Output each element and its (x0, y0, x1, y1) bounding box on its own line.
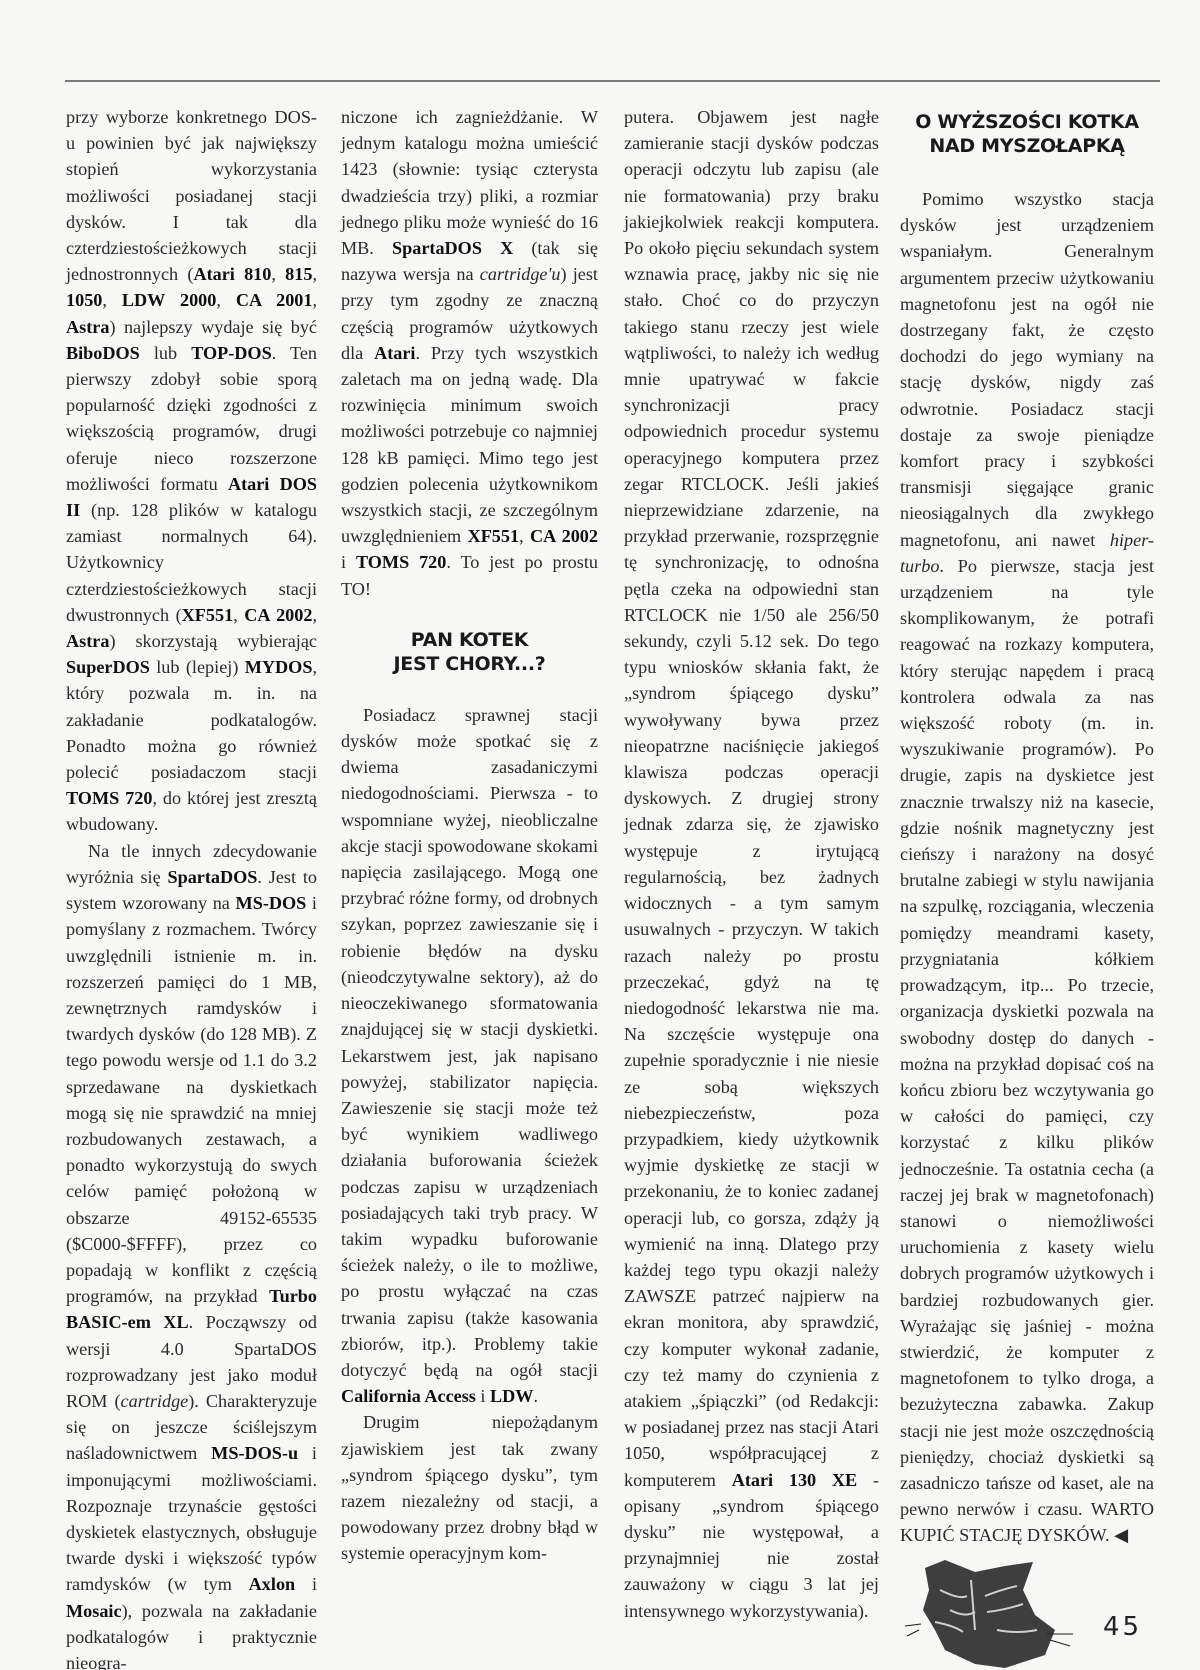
section-heading-o-wyzszosci-kotka: O WYŻSZOŚCI KOTKA NAD MYSZOŁAPKĄ (900, 110, 1154, 158)
end-of-article-triangle-icon: ◀ (1114, 1525, 1128, 1545)
article-column-2: niczone ich zagnieżdżanie. W jednym kata… (341, 104, 598, 1567)
paragraph: Pomimo wszystko stacja dysków jest urząd… (900, 186, 1154, 1549)
article-column-1: przy wyborze konkretnego DOS-u powinien … (66, 104, 317, 1670)
top-rule (65, 80, 1160, 82)
paragraph: Na tle innych zdecydowanie wyróżnia się … (66, 838, 317, 1670)
heading-line: NAD MYSZOŁAPKĄ (900, 134, 1154, 158)
section-heading-pan-kotek: PAN KOTEK JEST CHORY...? (341, 628, 598, 676)
cat-head-sketch-icon (905, 1560, 1075, 1670)
page-number: 45 (1103, 1612, 1142, 1642)
paragraph: niczone ich zagnieżdżanie. W jednym kata… (341, 104, 598, 602)
heading-line: JEST CHORY...? (341, 652, 598, 676)
paragraph: przy wyborze konkretnego DOS-u powinien … (66, 104, 317, 838)
heading-line: O WYŻSZOŚCI KOTKA (900, 110, 1154, 134)
paragraph: putera. Objawem jest nagłe zamieranie st… (624, 104, 879, 1624)
heading-line: PAN KOTEK (341, 628, 598, 652)
paragraph: Drugim niepożądanym zjawiskiem jest tak … (341, 1409, 598, 1566)
article-column-3: putera. Objawem jest nagłe zamieranie st… (624, 104, 879, 1624)
paragraph: Posiadacz sprawnej stacji dysków może sp… (341, 702, 598, 1409)
article-column-4: O WYŻSZOŚCI KOTKA NAD MYSZOŁAPKĄ Pomimo … (900, 104, 1154, 1549)
